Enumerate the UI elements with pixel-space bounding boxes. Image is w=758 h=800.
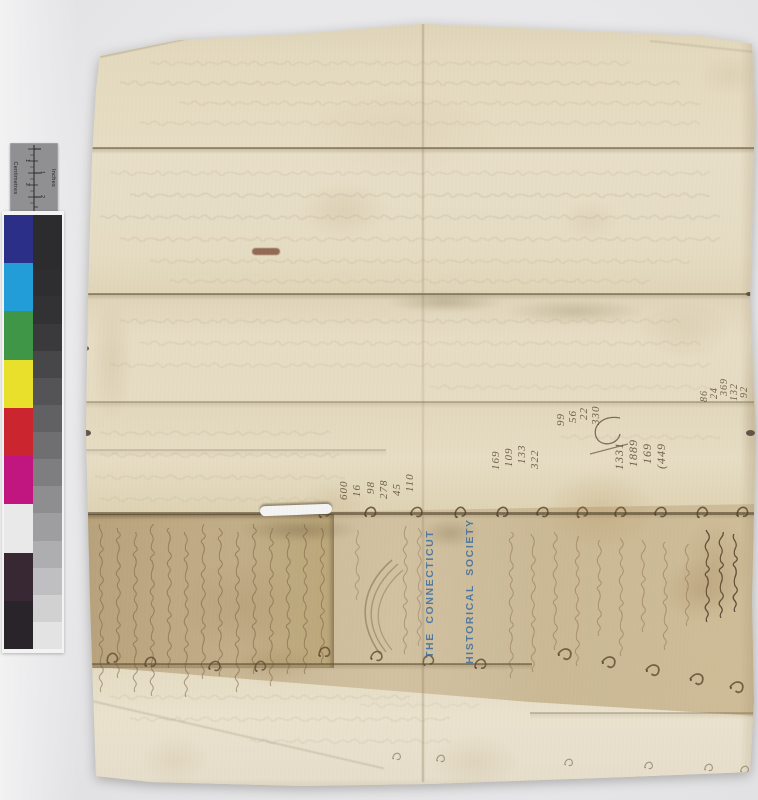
bleedthrough-writing-icon [100,212,720,222]
docket-note-line [716,532,726,618]
bleedthrough-writing [180,98,700,108]
docket-note-line-icon [730,534,740,612]
stitch-thread [683,666,711,694]
ink-figure-line: 99 [556,332,568,426]
name-list-line-icon [550,532,560,650]
bleedthrough-writing [100,494,320,504]
name-list-line-icon [616,538,626,656]
diagonal-crease [92,700,385,769]
handwriting-column [181,532,191,697]
bleedthrough-writing [100,428,330,438]
ink-figures-cluster: 995622330 [556,332,602,426]
name-list-line-icon [506,532,516,678]
stitch-thread [434,752,449,767]
handwriting-column [164,528,174,668]
ink-figure-line: 169 [640,386,654,464]
stitch-thread [562,756,577,771]
historical-society-stamp-line2: HISTORICAL SOCIETY [464,546,482,664]
bleedthrough-writing [140,338,700,348]
bleedthrough-writing-icon [120,234,720,244]
bleedthrough-writing-icon [140,338,700,348]
ink-figures-cluster: 862436913292 [700,328,750,402]
ink-figure-line: 278 [378,414,391,499]
name-list-line-icon [572,536,582,666]
handwriting-column-icon [181,532,191,697]
stitch-thread [390,750,405,765]
fold-crease [530,712,754,716]
docket-note-line [730,534,740,612]
ink-figure-line: 1889 [626,386,640,467]
bleedthrough-writing [120,234,720,244]
name-list-line [594,540,604,636]
stain [700,55,758,95]
handwriting-column [283,532,293,674]
stain [298,180,388,240]
ink-figure-line: 322 [529,396,542,469]
bleedthrough-writing-icon [180,98,700,108]
bleedthrough-writing-icon [360,700,480,710]
ink-figure-line: 133 [516,396,529,464]
name-list-line [506,532,516,678]
name-list-line-icon [528,534,538,672]
bleedthrough-writing-icon [110,360,710,370]
stitch-thread-icon [367,646,388,663]
crease-notch [82,346,89,351]
bleedthrough-writing-icon [120,316,680,326]
name-list-line [638,540,648,632]
handwriting-column-icon [215,528,225,676]
stitch-thread [738,763,753,778]
stain [545,470,655,550]
bleedthrough-writing-icon [100,428,330,438]
docket-note-line [702,530,712,622]
name-list-line [528,534,538,672]
name-list-line [616,538,626,656]
pen-flourish-icon [350,558,405,658]
stitch-thread-icon [642,657,667,681]
stitch-thread-icon [562,756,576,768]
stitch-thread [702,761,717,776]
stain [660,560,740,620]
ink-blot [252,248,280,255]
handwriting-column-icon [283,532,293,674]
fold-crease [86,293,754,297]
vertical-fold-crease [422,20,424,782]
bleedthrough-writing [100,212,720,222]
handwriting-column-icon [164,528,174,668]
stitch-thread-icon [316,644,334,658]
bleedthrough-writing [110,168,710,178]
name-list-line [682,544,692,626]
docket-note-line-icon [702,530,712,622]
ink-figure-line: 600 [338,414,351,500]
handwriting-column [215,528,225,676]
ink-figure-line: 110 [404,414,417,492]
handwriting-column-icon [249,524,259,674]
bleedthrough-writing-icon [130,190,710,200]
bleedthrough-writing [95,472,345,482]
bleedthrough-writing [360,700,480,710]
crease-notch [746,430,755,436]
ink-figures-cluster: 13311889169(449 [612,386,668,470]
ink-figure-line: 92 [740,328,750,398]
name-list-line [572,536,582,666]
handwriting-column-icon [198,524,208,679]
ink-figure-line: 22 [579,332,591,420]
name-list-line [660,542,670,650]
manuscript-sheet: 862436913292 13311889169(449 995622330 1… [0,0,758,800]
diagonal-crease [100,36,193,57]
stitch-thread-icon [726,674,751,698]
bleedthrough-writing-icon [120,78,680,88]
ink-figure-line: 169 [490,396,503,470]
stitch-thread [316,644,334,663]
bleedthrough-writing [120,316,680,326]
handwriting-column [300,524,310,674]
handwriting-column-icon [300,524,310,674]
bleedthrough-writing [170,276,650,286]
ink-figure-line: 330 [591,332,603,425]
ink-figure-line: 98 [365,414,378,494]
bleedthrough-writing-icon [150,256,690,266]
name-list-line-icon [682,544,692,626]
bleedthrough-writing [130,190,710,200]
ink-figure-line: 45 [391,414,404,496]
stitch-thread-icon [686,666,711,690]
bleedthrough-writing-icon [110,168,710,178]
name-list-line [550,532,560,650]
handwriting-column [249,524,259,674]
historical-society-stamp-line1: THE CONNECTICUT [424,546,442,658]
ink-figures-cluster: 169109133322 [490,396,544,470]
bleedthrough-writing-icon [95,472,345,482]
name-list-line-icon [594,540,604,636]
bleedthrough-writing [140,118,700,128]
fold-crease [86,147,754,151]
stitched-seam [86,512,754,516]
manuscript-sheet-wrap: 862436913292 13311889169(449 995622330 1… [0,0,758,800]
stitch-thread [639,657,667,685]
diagonal-crease [650,40,758,53]
handwriting-column [198,524,208,679]
stitch-thread [723,674,751,702]
bleedthrough-writing [150,256,690,266]
ink-figure-line: 16 [351,414,364,497]
crease-notch [82,430,91,436]
name-list-line-icon [660,542,670,650]
stitch-thread-icon [390,750,404,762]
bleedthrough-writing-icon [150,58,630,68]
ink-figure-line: 109 [503,396,516,467]
bleedthrough-writing [150,58,630,68]
name-list-line-icon [638,540,648,632]
ink-figure-line: 1331 [612,386,626,470]
docket-note-line-icon [716,532,726,618]
archival-photograph: Inches [0,0,758,800]
ink-figures-cluster: 600169827845110 [338,414,418,500]
stitch-thread-icon [434,752,448,764]
crease-notch [82,292,88,296]
ink-figure-line: (449 [654,386,668,469]
bleedthrough-writing-icon [100,494,320,504]
stitch-thread-icon [702,761,716,773]
bleedthrough-writing [110,360,710,370]
bleedthrough-writing [120,78,680,88]
stitch-thread [642,759,657,774]
bleedthrough-writing-icon [140,118,700,128]
stain [140,735,210,785]
bleedthrough-writing-icon [170,276,650,286]
stitch-thread-icon [738,763,752,775]
stitch-thread-icon [642,759,656,771]
